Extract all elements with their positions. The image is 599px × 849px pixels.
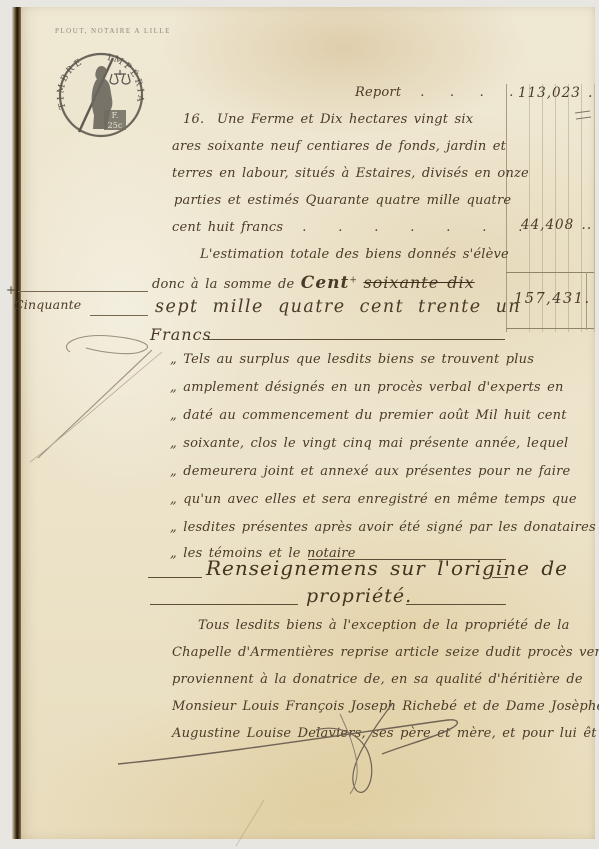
binding-edge bbox=[12, 7, 21, 839]
body-line: „ lesdites présentes après avoir été sig… bbox=[170, 520, 596, 535]
body-line: „ amplement désignés en un procès verbal… bbox=[170, 380, 564, 395]
scanned-page-background: PLOUT, NOTAIRE A LILLE F. 25c TIMBRE IMP… bbox=[0, 0, 599, 849]
insertion-caret: + bbox=[349, 276, 357, 286]
body-line: 16. Une Ferme et Dix hectares vingt six bbox=[183, 112, 473, 127]
francs-word: Francs bbox=[150, 325, 212, 344]
heading2-left-rule bbox=[150, 604, 298, 605]
body-line: ares soixante neuf centiares de fonds, j… bbox=[172, 139, 506, 154]
margin-note-cinquante: Cinquante bbox=[14, 297, 81, 312]
ledger-column-rule bbox=[506, 84, 507, 332]
body-line: „ demeurera joint et annexé aux présente… bbox=[170, 464, 570, 479]
body-line: Augustine Louise Delaviers, ses père et … bbox=[172, 726, 597, 741]
heading-right-rule bbox=[492, 577, 508, 578]
section-heading-line1: Renseignemens sur l'origine de bbox=[206, 556, 568, 580]
margin-note-under-rule bbox=[90, 315, 148, 316]
body-line: L'estimation totale des biens donnés s'é… bbox=[200, 247, 509, 262]
heading2-right-rule bbox=[406, 604, 506, 605]
sum-cent-word: Cent bbox=[301, 273, 350, 293]
struck-soixante-dix: soixante dix bbox=[363, 273, 474, 292]
imperial-stamp: F. 25c TIMBRE IMPÉRIAL bbox=[57, 50, 145, 140]
body-line: „ qu'un avec elles et sera enregistré en… bbox=[170, 492, 577, 507]
amount-44408: 44,408 .. bbox=[521, 217, 592, 233]
body-line: parties et estimés Quarante quatre mille… bbox=[174, 193, 511, 208]
heading-left-rule bbox=[148, 577, 202, 578]
margin-insertion-mark: + bbox=[6, 283, 16, 297]
report-carryforward-line: Report . . . . bbox=[355, 85, 514, 100]
stamp-denom-2: 25c bbox=[108, 121, 123, 130]
body-line: terres en labour, situés à Estaires, div… bbox=[172, 166, 529, 181]
margin-note-top-rule bbox=[18, 291, 148, 292]
total-box-top-line bbox=[506, 272, 594, 273]
total-box-bottom-line bbox=[506, 328, 594, 329]
body-line-corrected: donc à la somme de Cent+ soixante dix bbox=[152, 273, 475, 293]
total-amount-157431: 157,431. , bbox=[514, 291, 599, 307]
body-line: proviennent à la donatrice de, en sa qua… bbox=[172, 672, 583, 687]
printed-notary-name: PLOUT, NOTAIRE A LILLE bbox=[55, 27, 171, 35]
body-line: cent huit francs . . . . . . . bbox=[172, 220, 523, 235]
body-line: Tous lesdits biens à l'exception de la p… bbox=[198, 618, 570, 633]
body-line: Chapelle d'Armentières reprise article s… bbox=[172, 645, 599, 660]
report-amount: 113,023 . bbox=[518, 85, 593, 101]
body-line: „ Tels au surplus que lesdits biens se t… bbox=[170, 352, 534, 367]
total-in-words: sept mille quatre cent trente un bbox=[155, 297, 521, 317]
body-line: Monsieur Louis François Joseph Richebé e… bbox=[172, 699, 599, 714]
body-line: „ soixante, clos le vingt cinq mai prése… bbox=[170, 436, 568, 451]
section-heading-line2: propriété. bbox=[306, 585, 412, 607]
rule-after-francs bbox=[205, 339, 505, 340]
stamp-denom-1: F. bbox=[112, 111, 119, 120]
body-line: „ daté au commencement du premier août M… bbox=[170, 408, 567, 423]
sum-prefix: donc à la somme de bbox=[152, 277, 301, 292]
